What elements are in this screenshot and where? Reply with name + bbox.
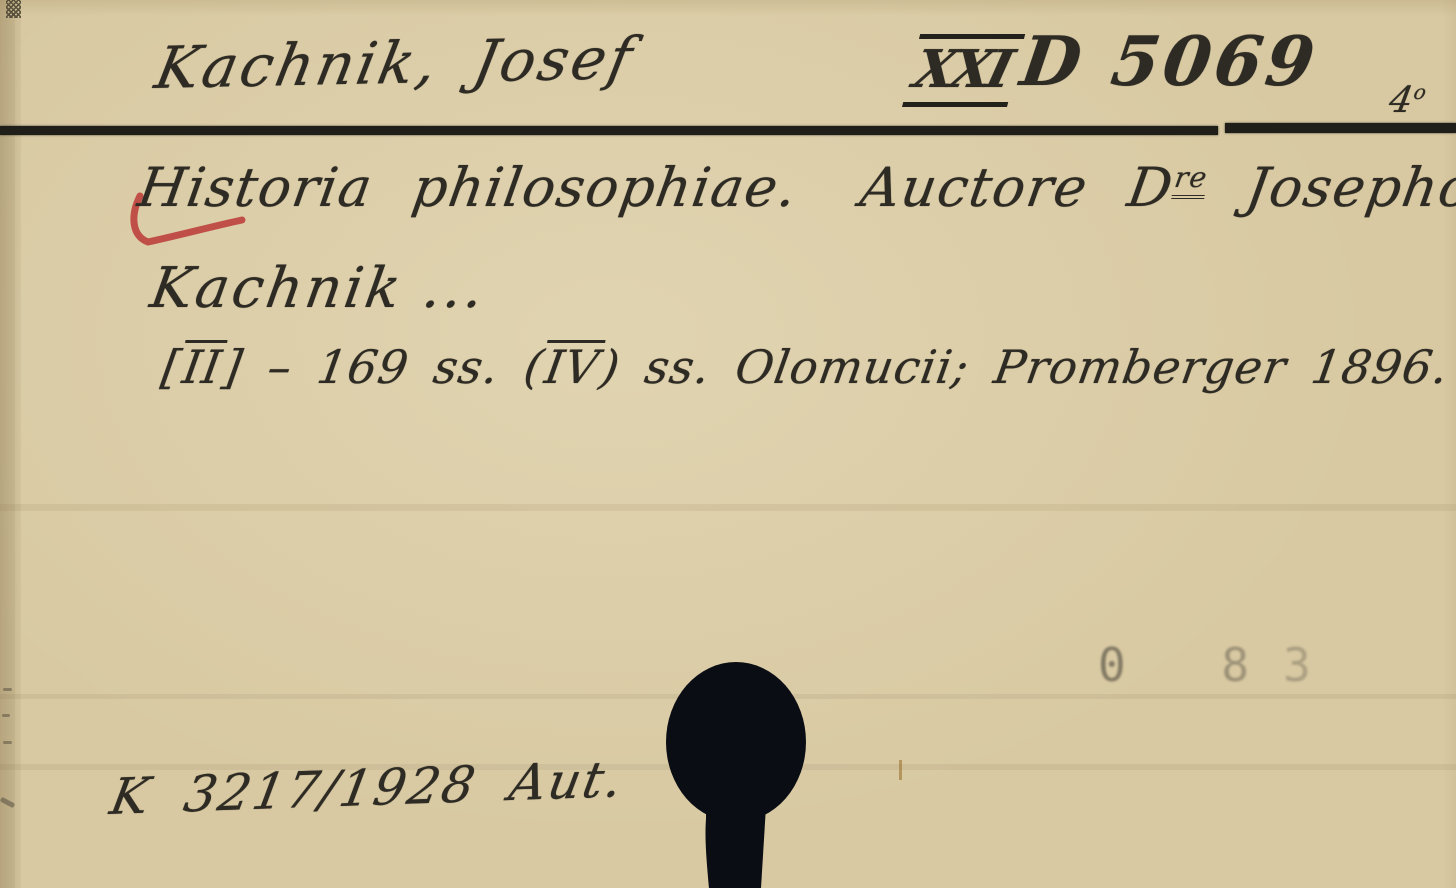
collation-segment2: ) ss. Olomucii; Promberger 1896. ppl- [597, 340, 1456, 394]
roman-numeral-iv: IV [540, 340, 606, 391]
accession-number: K 3217/1928 Aut. [106, 750, 629, 826]
edge-smudge [3, 688, 12, 691]
rule-segment-right [1225, 123, 1456, 133]
title-josepho: Josepho [1201, 156, 1456, 219]
title-line: Historia philosophiae.Auctore Dre Joseph… [134, 156, 1456, 219]
catalog-card-scan: Kachnik, Josef XXI D 5069 4o Historia ph… [0, 0, 1456, 888]
title-continuation-line: Kachnik ... [146, 256, 491, 321]
title-part1: Historia philosophiae. [134, 156, 802, 219]
corner-crosshatch-mark [6, 0, 21, 18]
faint-price-stamp: 0 83 [1098, 638, 1345, 692]
edge-smudge [3, 741, 12, 744]
header-rule [0, 120, 1456, 138]
edge-smudge [2, 714, 10, 717]
paper-speck [899, 760, 902, 780]
collation-line: [II] – 169 ss. (IV) ss. Olomucii; Prombe… [158, 340, 1456, 394]
format-suffix: o [1412, 80, 1428, 104]
author-heading: Kachnik, Josef [150, 24, 640, 102]
format-notation: 4o [1386, 80, 1428, 121]
class-number: XXI [902, 34, 1025, 107]
collation-segment1: ] – 169 ss. ( [219, 340, 548, 394]
hole-punch [660, 660, 812, 888]
call-number: D 5069 [1016, 22, 1323, 102]
rule-segment-left [0, 126, 1218, 135]
title-auctore: Auctore D [856, 156, 1178, 219]
paper-texture-band [0, 504, 1456, 511]
